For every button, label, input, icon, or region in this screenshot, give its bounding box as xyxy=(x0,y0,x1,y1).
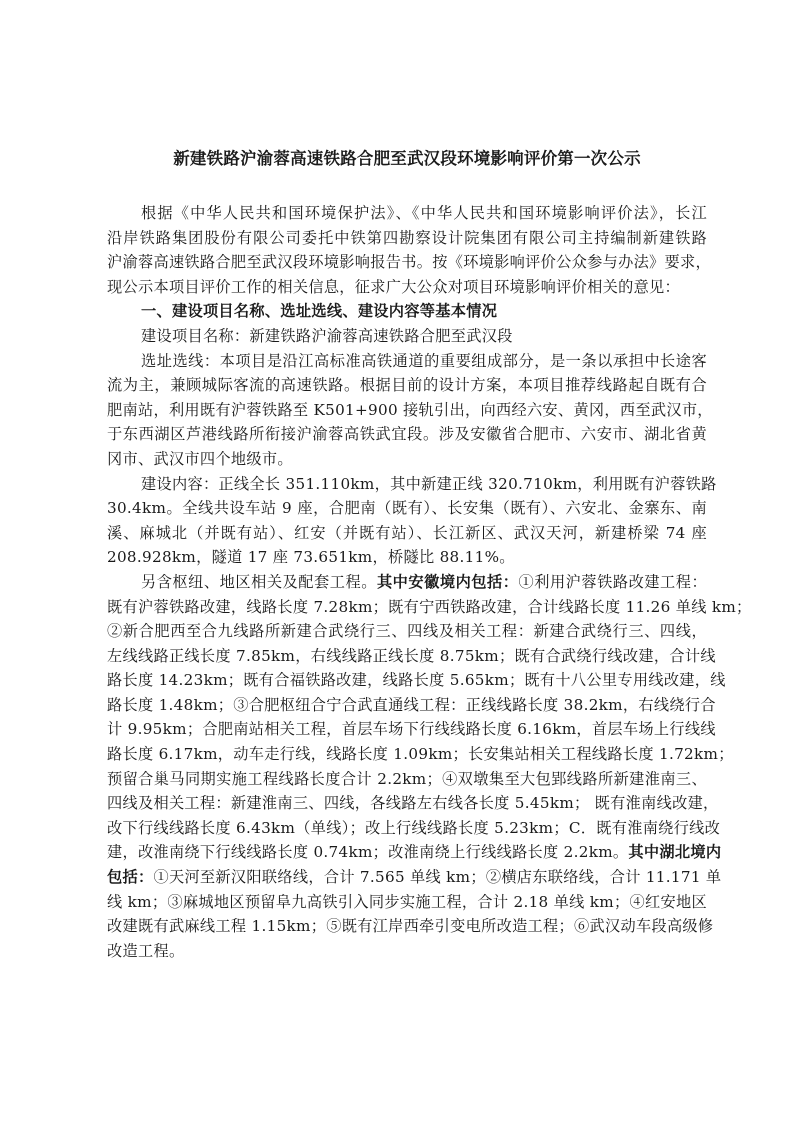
text-line: 左线线路正线长度 7.85km，右线线路正线长度 8.75km；既有合武绕行线改… xyxy=(107,644,707,669)
text-run: 既有沪蓉铁路改建，线路长度 7.28km；既有宁西铁路改建，合计线路长度 11.… xyxy=(107,598,752,616)
text-line: 流为主，兼顾城际客流的高速铁路。根据目前的设计方案，本项目推荐线路起自既有合 xyxy=(107,373,707,398)
text-line: 选址选线：本项目是沿江高标准高铁通道的重要组成部分，是一条以承担中长途客 xyxy=(107,349,707,374)
text-run: 溪、麻城北（并既有站）、红安（并既有站）、长江新区、武汉天河，新建桥梁 74 座 xyxy=(107,524,707,542)
text-line: 另含枢纽、地区相关及配套工程。其中安徽境内包括：①利用沪蓉铁路改建工程： xyxy=(107,570,707,595)
document-body: 根据《中华人民共和国环境保护法》、《中华人民共和国环境影响评价法》，长江沿岸铁路… xyxy=(107,201,707,963)
text-run: 路长度 6.17km，动车走行线，线路长度 1.09km；长安集站相关工程线路长… xyxy=(107,745,734,763)
text-line: 既有沪蓉铁路改建，线路长度 7.28km；既有宁西铁路改建，合计线路长度 11.… xyxy=(107,595,707,620)
text-run: 根据《中华人民共和国环境保护法》、《中华人民共和国环境影响评价法》，长江 xyxy=(141,204,707,222)
text-run: ①利用沪蓉铁路改建工程： xyxy=(519,573,708,591)
text-run: 计 9.95km；合肥南站相关工程，首层车场下行线线路长度 6.16km，首层车… xyxy=(107,720,716,738)
text-line: 现公示本项目评价工作的相关信息，征求广大公众对项目环境影响评价相关的意见： xyxy=(107,275,707,300)
bold-text: 其中湖北境内 xyxy=(628,843,721,861)
text-run: ②新合肥西至合九线路所新建合武绕行三、四线及相关工程：新建合武绕行三、四线， xyxy=(107,622,707,640)
text-line: 计 9.95km；合肥南站相关工程，首层车场下行线线路长度 6.16km，首层车… xyxy=(107,717,707,742)
bold-text: 其中安徽境内包括： xyxy=(377,573,519,591)
text-run: 沿岸铁路集团股份有限公司委托中铁第四勘察设计院集团有限公司主持编制新建铁路 xyxy=(107,229,707,247)
text-line: ②新合肥西至合九线路所新建合武绕行三、四线及相关工程：新建合武绕行三、四线， xyxy=(107,619,707,644)
text-line: 线 km；③麻城地区预留阜九高铁引入同步实施工程，合计 2.18 单线 km；④… xyxy=(107,890,707,915)
text-run: 建设项目名称：新建铁路沪渝蓉高速铁路合肥至武汉段 xyxy=(141,327,513,345)
text-line: 根据《中华人民共和国环境保护法》、《中华人民共和国环境影响评价法》，长江 xyxy=(107,201,707,226)
text-run: 沪渝蓉高速铁路合肥至武汉段环境影响报告书。按《环境影响评价公众参与办法》要求， xyxy=(107,253,711,271)
text-line: 于东西湖区芦港线路所衔接沪渝蓉高铁武宜段。涉及安徽省合肥市、六安市、湖北省黄 xyxy=(107,422,707,447)
text-run: 线 km；③麻城地区预留阜九高铁引入同步实施工程，合计 2.18 单线 km；④… xyxy=(107,893,707,911)
text-run: 另含枢纽、地区相关及配套工程。 xyxy=(141,573,377,591)
text-run: 左线线路正线长度 7.85km，右线线路正线长度 8.75km；既有合武绕行线改… xyxy=(107,647,716,665)
text-line: 改造工程。 xyxy=(107,939,707,964)
text-line: 肥南站，利用既有沪蓉铁路至 K501+900 接轨引出，向西经六安、黄冈，西至武… xyxy=(107,398,707,423)
text-line: 四线及相关工程：新建淮南三、四线，各线路左右线各长度 5.45km； 既有淮南线… xyxy=(107,791,707,816)
bold-text: 一、建设项目名称、选址选线、建设内容等基本情况 xyxy=(141,302,497,320)
text-run: 现公示本项目评价工作的相关信息，征求广大公众对项目环境影响评价相关的意见： xyxy=(107,278,680,296)
text-run: 肥南站，利用既有沪蓉铁路至 K501+900 接轨引出，向西经六安、黄冈，西至武… xyxy=(107,401,713,419)
text-line: 溪、麻城北（并既有站）、红安（并既有站）、长江新区、武汉天河，新建桥梁 74 座 xyxy=(107,521,707,546)
text-run: 建，改淮南绕下行线线路长度 0.74km；改淮南绕上行线线路长度 2.2km。 xyxy=(107,843,628,861)
text-run: 冈市、武汉市四个地级市。 xyxy=(107,450,293,468)
text-run: 四线及相关工程：新建淮南三、四线，各线路左右线各长度 5.45km； 既有淮南线… xyxy=(107,794,719,812)
text-run: 30.4km。全线共设车站 9 座，合肥南（既有）、长安集（既有）、六安北、金寨… xyxy=(107,499,707,517)
text-line: 包括：①天河至新汉阳联络线，合计 7.565 单线 km；②横店东联络线，合计 … xyxy=(107,865,707,890)
text-line: 路长度 14.23km；既有合福铁路改建，线路长度 5.65km；既有十八公里专… xyxy=(107,668,707,693)
text-line: 一、建设项目名称、选址选线、建设内容等基本情况 xyxy=(107,299,707,324)
text-run: 改造工程。 xyxy=(107,942,184,960)
text-line: 建设项目名称：新建铁路沪渝蓉高速铁路合肥至武汉段 xyxy=(107,324,707,349)
text-run: 建设内容：正线全长 351.110km，其中新建正线 320.710km，利用既… xyxy=(141,475,717,493)
text-line: 路长度 6.17km，动车走行线，线路长度 1.09km；长安集站相关工程线路长… xyxy=(107,742,707,767)
bold-text: 包括： xyxy=(107,868,153,886)
text-run: 路长度 14.23km；既有合福铁路改建，线路长度 5.65km；既有十八公里专… xyxy=(107,671,726,689)
text-line: 208.928km，隧道 17 座 73.651km，桥隧比 88.11%。 xyxy=(107,545,707,570)
text-line: 冈市、武汉市四个地级市。 xyxy=(107,447,707,472)
text-run: 预留合巢马同期实施工程线路长度合计 2.2km；④双墩集至大包郢线路所新建淮南三… xyxy=(107,770,707,788)
text-line: 建，改淮南绕下行线线路长度 0.74km；改淮南绕上行线线路长度 2.2km。其… xyxy=(107,840,707,865)
text-run: 流为主，兼顾城际客流的高速铁路。根据目前的设计方案，本项目推荐线路起自既有合 xyxy=(107,376,707,394)
text-run: 208.928km，隧道 17 座 73.651km，桥隧比 88.11%。 xyxy=(107,548,515,566)
text-line: 路长度 1.48km；③合肥枢纽合宁合武直通线工程：正线线路长度 38.2km，… xyxy=(107,693,707,718)
text-line: 沪渝蓉高速铁路合肥至武汉段环境影响报告书。按《环境影响评价公众参与办法》要求， xyxy=(107,250,707,275)
text-run: 改建既有武麻线工程 1.15km；⑤既有江岸西牵引变电所改造工程；⑥武汉动车段高… xyxy=(107,917,713,935)
text-run: 改下行线线路长度 6.43km（单线）；改上行线线路长度 5.23km；C．既有… xyxy=(107,819,720,837)
document-title: 新建铁路沪渝蓉高速铁路合肥至武汉段环境影响评价第一次公示 xyxy=(107,145,707,169)
text-line: 改建既有武麻线工程 1.15km；⑤既有江岸西牵引变电所改造工程；⑥武汉动车段高… xyxy=(107,914,707,939)
text-line: 建设内容：正线全长 351.110km，其中新建正线 320.710km，利用既… xyxy=(107,472,707,497)
text-line: 改下行线线路长度 6.43km（单线）；改上行线线路长度 5.23km；C．既有… xyxy=(107,816,707,841)
text-line: 沿岸铁路集团股份有限公司委托中铁第四勘察设计院集团有限公司主持编制新建铁路 xyxy=(107,226,707,251)
text-run: ①天河至新汉阳联络线，合计 7.565 单线 km；②横店东联络线，合计 11.… xyxy=(153,868,721,886)
text-line: 30.4km。全线共设车站 9 座，合肥南（既有）、长安集（既有）、六安北、金寨… xyxy=(107,496,707,521)
text-run: 路长度 1.48km；③合肥枢纽合宁合武直通线工程：正线线路长度 38.2km，… xyxy=(107,696,716,714)
text-run: 于东西湖区芦港线路所衔接沪渝蓉高铁武宜段。涉及安徽省合肥市、六安市、湖北省黄 xyxy=(107,425,707,443)
text-run: 选址选线：本项目是沿江高标准高铁通道的重要组成部分，是一条以承担中长途客 xyxy=(141,352,707,370)
text-line: 预留合巢马同期实施工程线路长度合计 2.2km；④双墩集至大包郢线路所新建淮南三… xyxy=(107,767,707,792)
